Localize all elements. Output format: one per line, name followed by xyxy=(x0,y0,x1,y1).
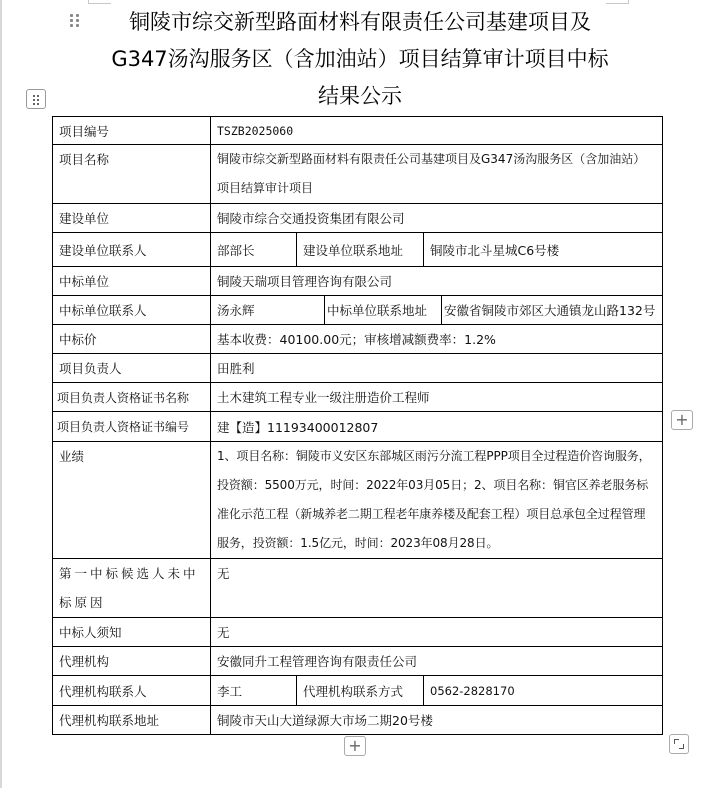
value-agency-address[interactable]: 铜陵市天山大道绿源大市场二期20号楼 xyxy=(211,706,663,735)
paragraph-drag-handle-icon[interactable] xyxy=(70,14,80,28)
label-agency: 代理机构 xyxy=(53,647,211,676)
table-row: 业绩 1、项目名称：铜陵市义安区东部城区雨污分流工程PPP项目全过程造价咨询服务… xyxy=(53,442,663,559)
result-table: 项目编号 TSZB2025060 项目名称 铜陵市综交新型路面材料有限责任公司基… xyxy=(52,116,663,735)
label-agency-address: 代理机构联系地址 xyxy=(53,706,211,735)
value-cert-no[interactable]: 建【造】11193400012807 xyxy=(211,412,663,442)
table-move-handle-icon[interactable] xyxy=(26,89,46,109)
table-row: 建设单位 铜陵市综合交通投资集团有限公司 xyxy=(53,204,663,233)
label-winner-notice: 中标人须知 xyxy=(53,618,211,647)
value-builder-contact[interactable]: 部部长 xyxy=(211,233,297,267)
table-row: 项目负责人资格证书名称 土木建筑工程专业一级注册造价工程师 xyxy=(53,383,663,412)
page-edge xyxy=(0,0,2,788)
value-builder-address[interactable]: 铜陵市北斗星城C6号楼 xyxy=(424,233,663,267)
value-winner-address[interactable]: 安徽省铜陵市郊区大通镇龙山路132号 xyxy=(442,296,663,325)
value-agency[interactable]: 安徽同升工程管理咨询有限责任公司 xyxy=(211,647,663,676)
table-row: 中标单位联系人 汤永辉 中标单位联系地址 安徽省铜陵市郊区大通镇龙山路132号 xyxy=(53,296,663,325)
label-manager: 项目负责人 xyxy=(53,354,211,383)
table-row: 第一中标候选人未中标原因 无 xyxy=(53,559,663,618)
value-manager[interactable]: 田胜利 xyxy=(211,354,663,383)
table-row: 代理机构联系地址 铜陵市天山大道绿源大市场二期20号楼 xyxy=(53,706,663,735)
label-winner: 中标单位 xyxy=(53,267,211,296)
label-agency-phone: 代理机构联系方式 xyxy=(297,676,424,706)
label-cert-no: 项目负责人资格证书编号 xyxy=(53,412,211,442)
title-line-1: 铜陵市综交新型路面材料有限责任公司基建项目及 xyxy=(95,4,625,41)
table-resize-handle-icon[interactable] xyxy=(669,734,689,754)
table-row: 项目编号 TSZB2025060 xyxy=(53,117,663,145)
label-builder-contact: 建设单位联系人 xyxy=(53,233,211,267)
label-winner-contact: 中标单位联系人 xyxy=(53,296,211,325)
label-winner-address: 中标单位联系地址 xyxy=(325,296,442,325)
label-agency-contact: 代理机构联系人 xyxy=(53,676,211,706)
label-first-candidate-reason: 第一中标候选人未中标原因 xyxy=(53,559,211,618)
value-agency-phone[interactable]: 0562-2828170 xyxy=(424,676,663,706)
value-project-no[interactable]: TSZB2025060 xyxy=(211,117,663,145)
label-performance: 业绩 xyxy=(53,442,211,559)
title-line-3: 结果公示 xyxy=(95,78,625,115)
value-builder[interactable]: 铜陵市综合交通投资集团有限公司 xyxy=(211,204,663,233)
value-agency-contact[interactable]: 李工 xyxy=(211,676,297,706)
table-row: 项目名称 铜陵市综交新型路面材料有限责任公司基建项目及G347汤沟服务区（含加油… xyxy=(53,145,663,204)
value-project-name[interactable]: 铜陵市综交新型路面材料有限责任公司基建项目及G347汤沟服务区（含加油站）项目结… xyxy=(211,145,663,204)
add-row-button[interactable]: + xyxy=(344,736,366,756)
value-winner-notice[interactable]: 无 xyxy=(211,618,663,647)
label-builder-address: 建设单位联系地址 xyxy=(297,233,424,267)
value-winner-contact[interactable]: 汤永辉 xyxy=(211,296,325,325)
table-row: 中标价 基本收费：40100.00元；审核增减额费率：1.2% xyxy=(53,325,663,354)
table-row: 中标单位 铜陵天瑞项目管理咨询有限公司 xyxy=(53,267,663,296)
table-row: 代理机构 安徽同升工程管理咨询有限责任公司 xyxy=(53,647,663,676)
document-title: 铜陵市综交新型路面材料有限责任公司基建项目及 G347汤沟服务区（含加油站）项目… xyxy=(95,4,625,115)
table-row: 建设单位联系人 部部长 建设单位联系地址 铜陵市北斗星城C6号楼 xyxy=(53,233,663,267)
label-builder: 建设单位 xyxy=(53,204,211,233)
table-row: 代理机构联系人 李工 代理机构联系方式 0562-2828170 xyxy=(53,676,663,706)
value-bid-price[interactable]: 基本收费：40100.00元；审核增减额费率：1.2% xyxy=(211,325,663,354)
value-winner[interactable]: 铜陵天瑞项目管理咨询有限公司 xyxy=(211,267,663,296)
table-row: 项目负责人资格证书编号 建【造】11193400012807 xyxy=(53,412,663,442)
value-performance[interactable]: 1、项目名称：铜陵市义安区东部城区雨污分流工程PPP项目全过程造价咨询服务，投资… xyxy=(211,442,663,559)
label-project-name: 项目名称 xyxy=(53,145,211,204)
value-cert-name[interactable]: 土木建筑工程专业一级注册造价工程师 xyxy=(211,383,663,412)
table-row: 项目负责人 田胜利 xyxy=(53,354,663,383)
label-project-no: 项目编号 xyxy=(53,117,211,145)
value-first-candidate-reason[interactable]: 无 xyxy=(211,559,663,618)
title-line-2: G347汤沟服务区（含加油站）项目结算审计项目中标 xyxy=(95,41,625,78)
label-bid-price: 中标价 xyxy=(53,325,211,354)
table-row: 中标人须知 无 xyxy=(53,618,663,647)
label-cert-name: 项目负责人资格证书名称 xyxy=(53,383,211,412)
add-column-button[interactable]: + xyxy=(671,410,693,430)
